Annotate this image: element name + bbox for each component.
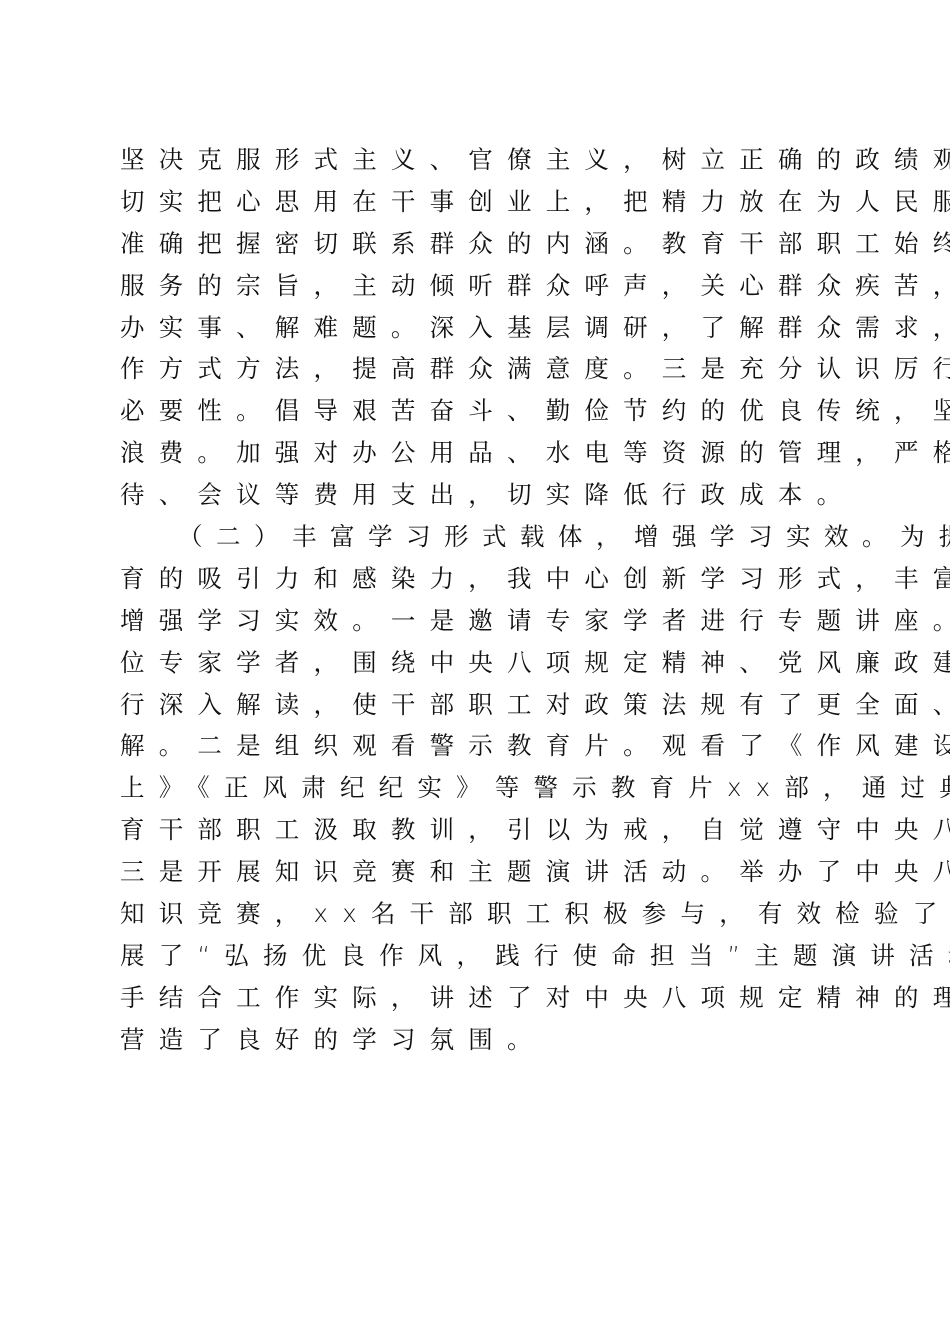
text-line: 必要性。倡导艰苦奋斗、勤俭节约的优良传统，坚决反对铺张 (120, 390, 830, 432)
text-line: 育干部职工汲取教训，引以为戒，自觉遵守中央八项规定精神。 (120, 809, 830, 851)
text-line: 知识竞赛，xx名干部职工积极参与，有效检验了学习成果。开 (120, 893, 830, 935)
paragraph-2: （二）丰富学习形式载体，增强学习实效。为提高学习教 育的吸引力和感染力，我中心创… (120, 516, 830, 1061)
text-line: 营造了良好的学习氛围。 (120, 1019, 830, 1061)
text-line: 上》《正风肃纪纪实》等警示教育片xx部，通过典型案例，教 (120, 767, 830, 809)
section-heading: （二）丰富学习形式载体，增强学习实效。 (178, 522, 900, 551)
paragraph-1: 坚决克服形式主义、官僚主义，树立正确的政绩观和价值观， 切实把心思用在干事创业上… (120, 139, 830, 516)
text-line: 服务的宗旨，主动倾听群众呼声，关心群众疾苦，积极为群众 (120, 265, 830, 307)
text-line: 解。二是组织观看警示教育片。观看了《作风建设永远在路 (120, 725, 830, 767)
text-line: 坚决克服形式主义、官僚主义，树立正确的政绩观和价值观， (120, 139, 830, 181)
text-line: 育的吸引力和感染力，我中心创新学习形式，丰富学习载体， (120, 558, 830, 600)
text-line: 展了“弘扬优良作风，践行使命担当”主题演讲活动，xx名选 (120, 935, 830, 977)
text-line: 准确把握密切联系群众的内涵。教育干部职工始终牢记为人民 (120, 223, 830, 265)
text-line: 待、会议等费用支出，切实降低行政成本。 (120, 474, 830, 516)
text-line: 手结合工作实际，讲述了对中央八项规定精神的理解和体会， (120, 977, 830, 1019)
text-line: 位专家学者，围绕中央八项规定精神、党风廉政建设等内容进 (120, 642, 830, 684)
text-line: 切实把心思用在干事创业上，把精力放在为人民服务上。二是 (120, 181, 830, 223)
document-page: 坚决克服形式主义、官僚主义，树立正确的政绩观和价值观， 切实把心思用在干事创业上… (120, 139, 830, 1061)
text-fragment: 为提高学习教 (900, 522, 950, 551)
text-line: 办实事、解难题。深入基层调研，了解群众需求，不断改进工 (120, 307, 830, 349)
text-line-first: （二）丰富学习形式载体，增强学习实效。为提高学习教 (120, 516, 830, 558)
text-line: 浪费。加强对办公用品、水电等资源的管理，严格控制公务接 (120, 432, 830, 474)
text-line: 增强学习实效。一是邀请专家学者进行专题讲座。先后邀请xx (120, 600, 830, 642)
text-line: 三是开展知识竞赛和主题演讲活动。举办了中央八项规定精神 (120, 851, 830, 893)
text-line: 作方式方法，提高群众满意度。三是充分认识厉行勤俭节约的 (120, 348, 830, 390)
text-line: 行深入解读，使干部职工对政策法规有了更全面、更深入的理 (120, 684, 830, 726)
